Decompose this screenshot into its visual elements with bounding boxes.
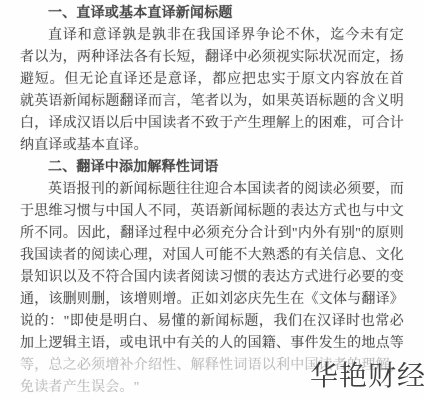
text-line: 避短。但无论直译还是意译，都应把忠实于原文内容放在首位。 <box>20 69 404 91</box>
section-heading-2: 二、翻译中添加解释性词语 <box>20 157 404 179</box>
text-line: 者以为，两种译法各有长短，翻译中必须视实际状况而定，扬长 <box>20 47 404 69</box>
text-line: 于思维习惯与中国人不同，英语新闻标题的表达方式也与中文有 <box>20 201 404 223</box>
document-page: 一、直译或基本直译新闻标题 直译和意译孰是孰非在我国译界争论不休，迄今未有定论。… <box>0 0 424 400</box>
text-line: 加上逻辑主语，或电讯中有关的人的国籍、事件发生的地点等 <box>20 333 404 355</box>
text-line: 所不同。因此，翻译过程中必须充分合计到"内外有别"的原则和 <box>20 223 404 245</box>
text-line: 我国读者的阅读心理，对国人可能不大熟悉的有关信息、文化背 <box>20 245 404 267</box>
text-line: 通，该删则删，该增则增。正如刘宓庆先生在《文体与翻译》中 <box>20 289 404 311</box>
text-line: 纳直译或基本直译。 <box>20 135 404 157</box>
section-heading-1: 一、直译或基本直译新闻标题 <box>20 3 404 25</box>
text-line: 直译和意译孰是孰非在我国译界争论不休，迄今未有定论。笔 <box>20 25 404 47</box>
text-line: 景知识以及不符合国内读者阅读习惯的表达方式进行必要的变 <box>20 267 404 289</box>
text-line: 英语报刊的新闻标题往往迎合本国读者的阅读必须要，而且由 <box>20 179 404 201</box>
watermark: 华艳财经 <box>310 360 424 392</box>
text-line: 说的："即使是明白、易懂的新闻标题，我们在汉译时也常必须 <box>20 311 404 333</box>
text-line: 白，译成汉语以后中国读者不致于产生理解上的困难，可合计采 <box>20 113 404 135</box>
text-line: 就英语新闻标题翻译而言，笔者以为，如果英语标题的含义明 <box>20 91 404 113</box>
